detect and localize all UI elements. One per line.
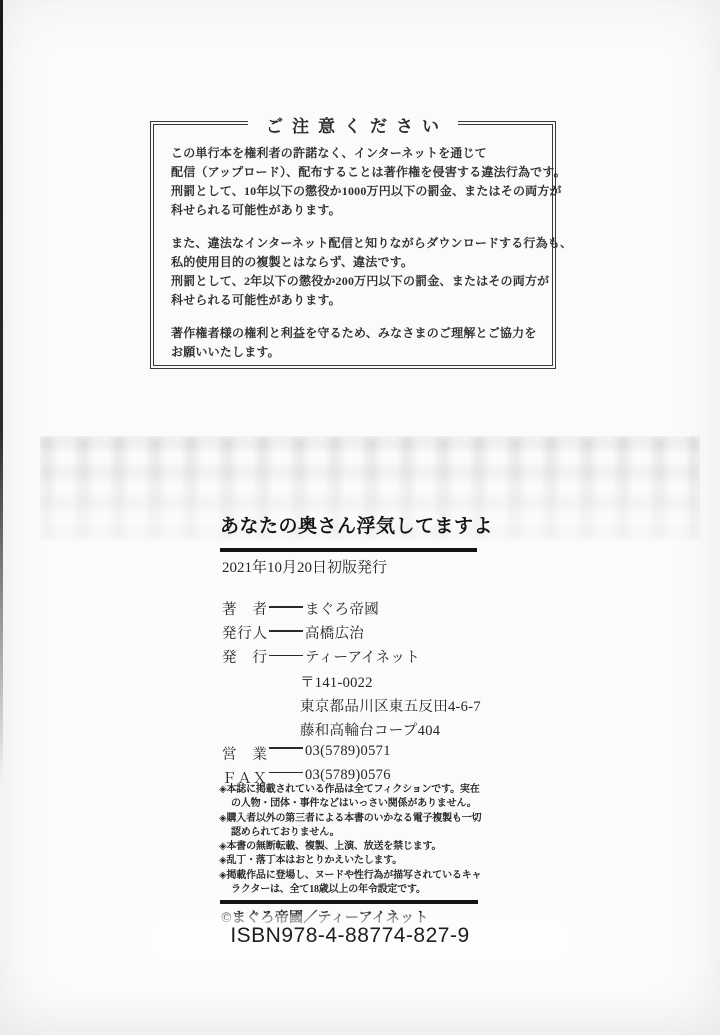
notice-line: この単行本を権利者の許諾なく、インターネットを通じて bbox=[171, 144, 546, 163]
publication-value: 〒141-0022 bbox=[300, 675, 373, 691]
notice-line: 配信（アップロード）、配布することは著作権を侵害する違法行為です。 bbox=[171, 163, 546, 182]
notice-line: 私的使用目的の複製とはならず、違法です。 bbox=[171, 253, 546, 272]
notice-line: 科せられる可能性があります。 bbox=[171, 291, 546, 310]
notice-line: お願いいたします。 bbox=[171, 343, 546, 362]
publication-row: 発行人高橋広治 bbox=[222, 622, 562, 646]
notice-line: 著作権者様の権利と利益を守るため、みなさまのご理解とご協力を bbox=[171, 324, 546, 343]
publication-label: 発行人 bbox=[222, 622, 267, 643]
publication-label: 発 行 bbox=[222, 646, 267, 667]
notice-paragraph: この単行本を権利者の許諾なく、インターネットを通じて配信（アップロード）、配布す… bbox=[171, 144, 546, 220]
dash-connector bbox=[269, 630, 303, 632]
publication-label: 営 業 bbox=[222, 743, 267, 764]
publication-label: 著 者 bbox=[222, 598, 267, 619]
disclaimer-item: ◈掲載作品に登場し、ヌードや性行為が描写されているキャラクターは、全て18歳以上… bbox=[219, 869, 485, 898]
publication-value: 03(5789)0571 bbox=[305, 743, 391, 759]
publication-value: まぐろ帝國 bbox=[305, 602, 379, 618]
copyright-notice-box: ご注意ください この単行本を権利者の許諾なく、インターネットを通じて配信（アップ… bbox=[150, 121, 556, 369]
dash-connector bbox=[269, 747, 303, 749]
notice-title: ご注意ください bbox=[248, 112, 458, 137]
footer-divider-rule bbox=[220, 900, 478, 904]
dash-connector bbox=[269, 655, 303, 657]
dash-connector bbox=[269, 606, 303, 608]
title-divider-rule bbox=[220, 548, 477, 552]
dash-connector bbox=[269, 772, 303, 774]
publication-info: 著 者まぐろ帝國発行人高橋広治発 行ティーアイネット〒141-0022東京都品川… bbox=[222, 598, 562, 792]
disclaimer-item: ◈本書の無断転載、複製、上演、放送を禁じます。 bbox=[219, 840, 485, 854]
edition-date: 2021年10月20日初版発行 bbox=[222, 556, 387, 577]
book-title: あなたの奥さん浮気してますよ bbox=[220, 511, 482, 538]
scan-edge-artifact bbox=[0, 0, 3, 780]
publication-value: 東京都品川区東五反田4-6-7 bbox=[300, 699, 481, 715]
notice-line: 刑罰として、10年以下の懲役か1000万円以下の罰金、またはその両方が bbox=[171, 182, 546, 201]
publication-value: 高橋広治 bbox=[305, 626, 364, 642]
colophon-page: ご注意ください この単行本を権利者の許諾なく、インターネットを通じて配信（アップ… bbox=[0, 0, 720, 1035]
publication-row: 発 行ティーアイネット bbox=[222, 646, 562, 670]
publication-row: 藤和高輪台コープ404 bbox=[222, 719, 562, 743]
disclaimer-item: ◈本誌に掲載されている作品は全てフィクションです。実在の人物・団体・事件などはい… bbox=[219, 783, 485, 812]
notice-line: 刑罰として、2年以下の懲役か200万円以下の罰金、またはその両方が bbox=[171, 272, 546, 291]
publication-row: 〒141-0022 bbox=[222, 671, 562, 695]
notice-line: また、違法なインターネット配信と知りながらダウンロードする行為も、 bbox=[171, 234, 546, 253]
publication-value: 03(5789)0576 bbox=[305, 767, 391, 783]
disclaimer-item: ◈購入者以外の第三者による本書のいかなる電子複製も一切認められておりません。 bbox=[219, 812, 485, 841]
publication-row: 営 業03(5789)0571 bbox=[222, 743, 562, 767]
notice-body: この単行本を権利者の許諾なく、インターネットを通じて配信（アップロード）、配布す… bbox=[171, 144, 546, 376]
publication-row: 東京都品川区東五反田4-6-7 bbox=[222, 695, 562, 719]
publication-value: 藤和高輪台コープ404 bbox=[300, 723, 440, 739]
notice-line: 科せられる可能性があります。 bbox=[171, 201, 546, 220]
notice-paragraph: 著作権者様の権利と利益を守るため、みなさまのご理解とご協力をお願いいたします。 bbox=[171, 324, 546, 362]
notice-paragraph: また、違法なインターネット配信と知りながらダウンロードする行為も、私的使用目的の… bbox=[171, 234, 546, 310]
disclaimer-list: ◈本誌に掲載されている作品は全てフィクションです。実在の人物・団体・事件などはい… bbox=[219, 783, 485, 897]
publication-value: ティーアイネット bbox=[305, 650, 420, 666]
disclaimer-item: ◈乱丁・落丁本はおとりかえいたします。 bbox=[219, 854, 485, 868]
isbn-number: ISBN978-4-88774-827-9 bbox=[220, 924, 480, 948]
publication-row: 著 者まぐろ帝國 bbox=[222, 598, 562, 622]
